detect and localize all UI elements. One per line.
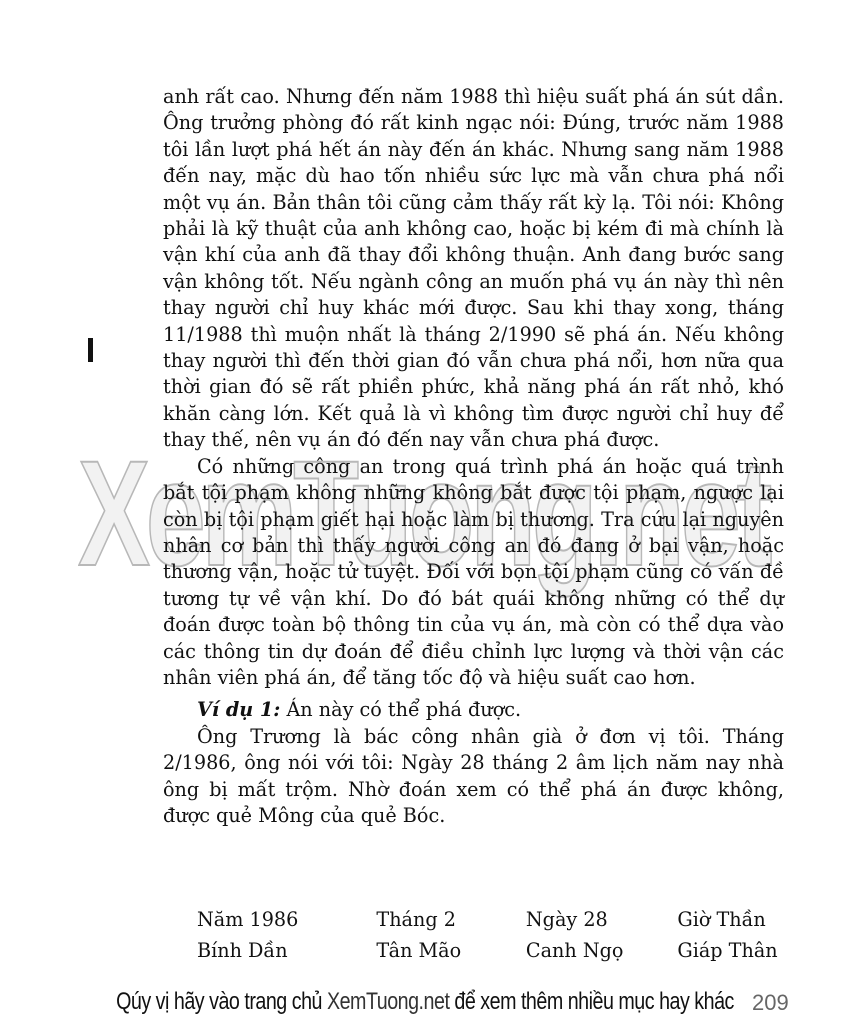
example-paragraph: Ông Trương là bác công nhân già ở đơn vị… — [163, 724, 784, 830]
date-cell: Giờ Thần — [677, 904, 787, 935]
date-cell: Tháng 2 — [376, 904, 526, 935]
date-row-solar: Năm 1986 Tháng 2 Ngày 28 Giờ Thần — [197, 904, 787, 935]
footer-banner: Qúy vị hãy vào trang chủ XemTuong.net để… — [77, 988, 774, 1016]
date-cell: Tân Mão — [376, 935, 526, 966]
margin-mark — [88, 338, 93, 362]
paragraph-1: anh rất cao. Nhưng đến năm 1988 thì hiệu… — [163, 84, 784, 454]
date-cell: Giáp Thân — [677, 935, 787, 966]
date-cell: Bính Dần — [197, 935, 376, 966]
date-cell: Ngày 28 — [526, 904, 677, 935]
page-body: anh rất cao. Nhưng đến năm 1988 thì hiệu… — [163, 84, 784, 829]
paragraph-2: Có những công an trong quá trình phá án … — [163, 454, 784, 692]
footer-suffix: để xem thêm nhiều mục hay khác — [449, 988, 733, 1015]
footer-prefix: Qúy vị hãy vào trang chủ — [116, 988, 327, 1015]
example-heading: Ví dụ 1: Án này có thể phá được. — [163, 697, 784, 723]
date-cell: Năm 1986 — [197, 904, 376, 935]
footer-site-link[interactable]: XemTuong.net — [327, 988, 449, 1015]
page-number: 209 — [752, 990, 789, 1016]
example-label: Ví dụ 1: — [197, 698, 280, 721]
date-table: Năm 1986 Tháng 2 Ngày 28 Giờ Thần Bính D… — [197, 904, 787, 966]
date-cell: Canh Ngọ — [526, 935, 677, 966]
example-title: Án này có thể phá được. — [286, 698, 521, 721]
date-row-canchi: Bính Dần Tân Mão Canh Ngọ Giáp Thân — [197, 935, 787, 966]
